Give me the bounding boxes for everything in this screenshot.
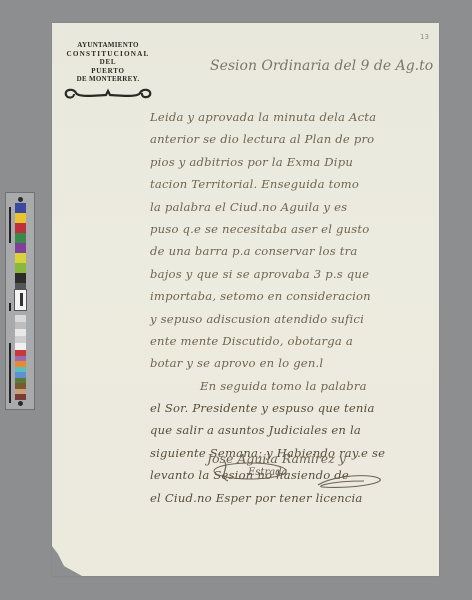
- calibration-swatch: [15, 203, 26, 213]
- calibration-hole-bottom: [18, 401, 23, 406]
- calibration-swatch: [15, 253, 26, 263]
- handwritten-line: la palabra el Ciud.no Aguila y es: [150, 196, 440, 218]
- ornament-flourish-icon: [62, 86, 154, 100]
- svg-text:Estrada: Estrada: [247, 467, 288, 478]
- handwritten-line: anterior se dio lectura al Plan de pro: [150, 128, 440, 150]
- handwritten-line: bajos y que si se aprovaba 3 p.s que: [150, 263, 440, 285]
- printed-letterhead: AYUNTAMIENTO CONSTITUCIONAL DEL PUERTO D…: [56, 41, 160, 100]
- color-calibration-target: [5, 192, 35, 410]
- calibration-swatch: [15, 213, 26, 223]
- handwritten-line: pios y adbitrios por la Exma Dipu: [150, 151, 440, 173]
- handwritten-line: importaba, setomo en consideracion: [150, 285, 440, 307]
- handwritten-line: de una barra p.a conservar los tra: [150, 240, 440, 262]
- calibration-swatch: [15, 315, 26, 322]
- manuscript-page: 13 AYUNTAMIENTO CONSTITUCIONAL DEL PUERT…: [52, 23, 439, 576]
- calibration-swatch: [15, 336, 26, 343]
- signature-flourish-icon: [314, 473, 384, 491]
- calibration-swatch: [15, 273, 26, 283]
- folio-number: 13: [420, 33, 429, 41]
- letterhead-line: CONSTITUCIONAL: [56, 50, 160, 59]
- letterhead-line: DE MONTERREY.: [56, 75, 160, 84]
- calibration-tick: [9, 207, 11, 243]
- calibration-swatch: [15, 263, 26, 273]
- calibration-swatch: [15, 394, 26, 400]
- calibration-tick: [9, 343, 11, 403]
- handwritten-line: y sepuso adiscusion atendido sufici: [150, 308, 440, 330]
- calibration-swatch: [15, 343, 26, 350]
- handwritten-body: Leida y aprovada la minuta dela Actaante…: [150, 106, 440, 509]
- handwritten-line: botar y se aprovo en lo gen.l: [150, 352, 440, 374]
- calibration-swatch: [15, 322, 26, 329]
- white-reference-patch: [14, 289, 27, 311]
- handwritten-line: el Sor. Presidente y espuso que tenia: [150, 397, 440, 419]
- letterhead-line: PUERTO: [56, 67, 160, 76]
- calibration-swatch: [15, 329, 26, 336]
- handwritten-line: tacion Territorial. Enseguida tomo: [150, 173, 440, 195]
- calibration-swatch: [15, 233, 26, 243]
- session-heading: Sesion Ordinaria del 9 de Ag.to: [210, 58, 433, 74]
- handwritten-line: que salir a asuntos Judiciales en la: [150, 419, 440, 441]
- handwritten-line: levanto la Sesion no hasiendo de: [150, 464, 440, 486]
- handwritten-line: Leida y aprovada la minuta dela Acta: [150, 106, 440, 128]
- calibration-swatch: [15, 243, 26, 253]
- handwritten-line: puso q.e se necesitaba aser el gusto: [150, 218, 440, 240]
- calibration-tick: [9, 303, 11, 311]
- calibration-swatch: [15, 223, 26, 233]
- calibration-hole-top: [18, 197, 23, 202]
- signature-rubric-icon: Estrada: [204, 455, 294, 483]
- letterhead-line: AYUNTAMIENTO: [56, 41, 160, 50]
- handwritten-line: ente mente Discutido, obotarga a: [150, 330, 440, 352]
- handwritten-line: En seguida tomo la palabra: [150, 375, 440, 397]
- handwritten-line: el Ciud.no Esper por tener licencia: [150, 487, 440, 509]
- letterhead-line: DEL: [56, 58, 160, 67]
- torn-corner: [52, 546, 82, 576]
